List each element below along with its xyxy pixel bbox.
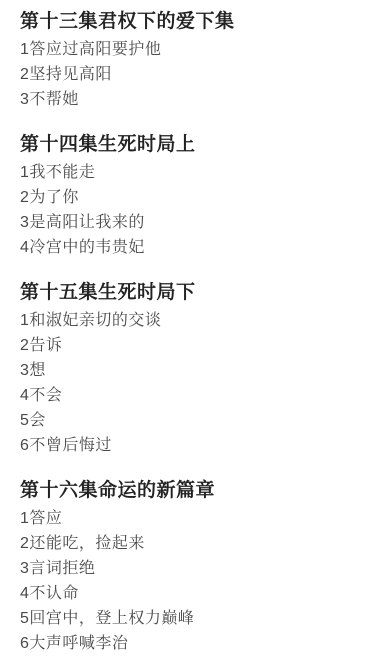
choice-item: 1答应过高阳要护他 [20, 37, 359, 62]
choice-item: 3言词拒绝 [20, 556, 359, 581]
choice-item: 5回宫中，登上权力巅峰 [20, 606, 359, 631]
episode-section-14: 第十四集生死时局上 1我不能走 2为了你 3是高阳让我来的 4冷宫中的韦贵妃 [20, 131, 359, 260]
episode-title: 第十三集君权下的爱下集 [20, 8, 359, 35]
choice-item: 3不帮她 [20, 87, 359, 112]
episode-section-13: 第十三集君权下的爱下集 1答应过高阳要护他 2坚持见高阳 3不帮她 [20, 8, 359, 112]
choice-item: 4不会 [20, 383, 359, 408]
choice-item: 2坚持见高阳 [20, 62, 359, 87]
choice-item: 4冷宫中的韦贵妃 [20, 235, 359, 260]
choice-item: 3是高阳让我来的 [20, 210, 359, 235]
choice-item: 1和淑妃亲切的交谈 [20, 308, 359, 333]
choice-item: 6不曾后悔过 [20, 433, 359, 458]
episode-title: 第十六集命运的新篇章 [20, 477, 359, 504]
choice-item: 5会 [20, 408, 359, 433]
choice-item: 2为了你 [20, 185, 359, 210]
episode-title: 第十五集生死时局下 [20, 279, 359, 306]
choice-item: 1我不能走 [20, 160, 359, 185]
episode-section-16: 第十六集命运的新篇章 1答应 2还能吃，捡起来 3言词拒绝 4不认命 5回宫中，… [20, 477, 359, 656]
choice-item: 4不认命 [20, 581, 359, 606]
episode-section-15: 第十五集生死时局下 1和淑妃亲切的交谈 2告诉 3想 4不会 5会 6不曾后悔过 [20, 279, 359, 458]
choice-item: 1答应 [20, 506, 359, 531]
choice-item: 6大声呼喊李治 [20, 631, 359, 656]
choice-item: 2告诉 [20, 333, 359, 358]
episode-guide-document: 第十三集君权下的爱下集 1答应过高阳要护他 2坚持见高阳 3不帮她 第十四集生死… [20, 8, 359, 656]
choice-item: 3想 [20, 358, 359, 383]
choice-item: 2还能吃，捡起来 [20, 531, 359, 556]
episode-title: 第十四集生死时局上 [20, 131, 359, 158]
